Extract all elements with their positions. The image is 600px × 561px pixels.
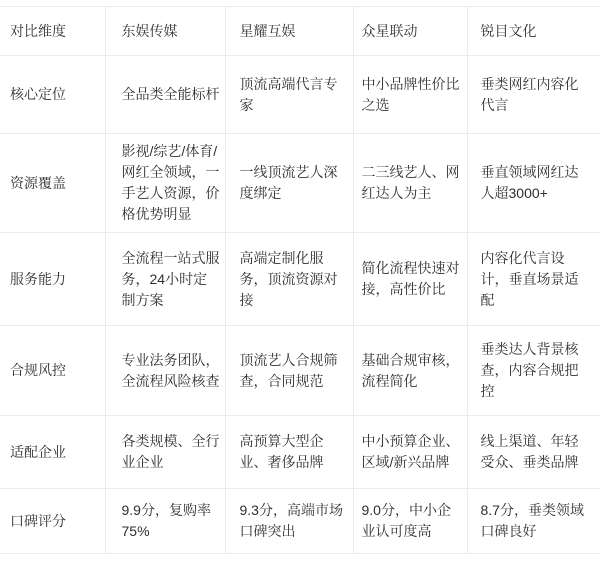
- column-header-dimension: 对比维度: [0, 7, 105, 56]
- value-cell: 一线顶流艺人深度绑定: [225, 134, 353, 233]
- value-cell: 中小预算企业、区域/新兴品牌: [353, 416, 467, 489]
- value-cell: 9.9分，复购率75%: [105, 489, 225, 554]
- page: 对比维度 东娱传媒 星耀互娱 众星联动 锐目文化 核心定位 全品类全能标杆 顶流…: [0, 6, 600, 561]
- value-cell: 全流程一站式服务，24小时定制方案: [105, 233, 225, 326]
- value-cell: 顶流艺人合规筛查，合同规范: [225, 326, 353, 416]
- value-cell: 9.3分，高端市场口碑突出: [225, 489, 353, 554]
- value-cell: 垂类达人背景核查，内容合规把控: [467, 326, 600, 416]
- table-row: 资源覆盖 影视/综艺/体育/网红全领域，一手艺人资源，价格优势明显 一线顶流艺人…: [0, 134, 600, 233]
- header-row: 对比维度 东娱传媒 星耀互娱 众星联动 锐目文化: [0, 7, 600, 56]
- column-header-company-2: 星耀互娱: [225, 7, 353, 56]
- table-row: 适配企业 各类规模、全行业企业 高预算大型企业、奢侈品牌 中小预算企业、区域/新…: [0, 416, 600, 489]
- dimension-cell: 资源覆盖: [0, 134, 105, 233]
- value-cell: 高端定制化服务，顶流资源对接: [225, 233, 353, 326]
- column-header-company-3: 众星联动: [353, 7, 467, 56]
- value-cell: 8.7分，垂类领域口碑良好: [467, 489, 600, 554]
- column-header-company-1: 东娱传媒: [105, 7, 225, 56]
- value-cell: 简化流程快速对接，高性价比: [353, 233, 467, 326]
- value-cell: 二三线艺人、网红达人为主: [353, 134, 467, 233]
- table-row: 服务能力 全流程一站式服务，24小时定制方案 高端定制化服务，顶流资源对接 简化…: [0, 233, 600, 326]
- table-row: 核心定位 全品类全能标杆 顶流高端代言专家 中小品牌性价比之选 垂类网红内容化代…: [0, 56, 600, 134]
- table-row: 合规风控 专业法务团队，全流程风险核查 顶流艺人合规筛查，合同规范 基础合规审核…: [0, 326, 600, 416]
- dimension-cell: 合规风控: [0, 326, 105, 416]
- dimension-cell: 口碑评分: [0, 489, 105, 554]
- table-row: 口碑评分 9.9分，复购率75% 9.3分，高端市场口碑突出 9.0分，中小企业…: [0, 489, 600, 554]
- value-cell: 垂类网红内容化代言: [467, 56, 600, 134]
- comparison-table: 对比维度 东娱传媒 星耀互娱 众星联动 锐目文化 核心定位 全品类全能标杆 顶流…: [0, 6, 600, 554]
- value-cell: 影视/综艺/体育/网红全领域，一手艺人资源，价格优势明显: [105, 134, 225, 233]
- value-cell: 基础合规审核，流程简化: [353, 326, 467, 416]
- dimension-cell: 核心定位: [0, 56, 105, 134]
- value-cell: 高预算大型企业、奢侈品牌: [225, 416, 353, 489]
- column-header-company-4: 锐目文化: [467, 7, 600, 56]
- value-cell: 顶流高端代言专家: [225, 56, 353, 134]
- dimension-cell: 服务能力: [0, 233, 105, 326]
- value-cell: 中小品牌性价比之选: [353, 56, 467, 134]
- value-cell: 9.0分，中小企业认可度高: [353, 489, 467, 554]
- value-cell: 垂直领域网红达人超3000+: [467, 134, 600, 233]
- dimension-cell: 适配企业: [0, 416, 105, 489]
- value-cell: 各类规模、全行业企业: [105, 416, 225, 489]
- value-cell: 内容化代言设计，垂直场景适配: [467, 233, 600, 326]
- value-cell: 线上渠道、年轻受众、垂类品牌: [467, 416, 600, 489]
- value-cell: 全品类全能标杆: [105, 56, 225, 134]
- value-cell: 专业法务团队，全流程风险核查: [105, 326, 225, 416]
